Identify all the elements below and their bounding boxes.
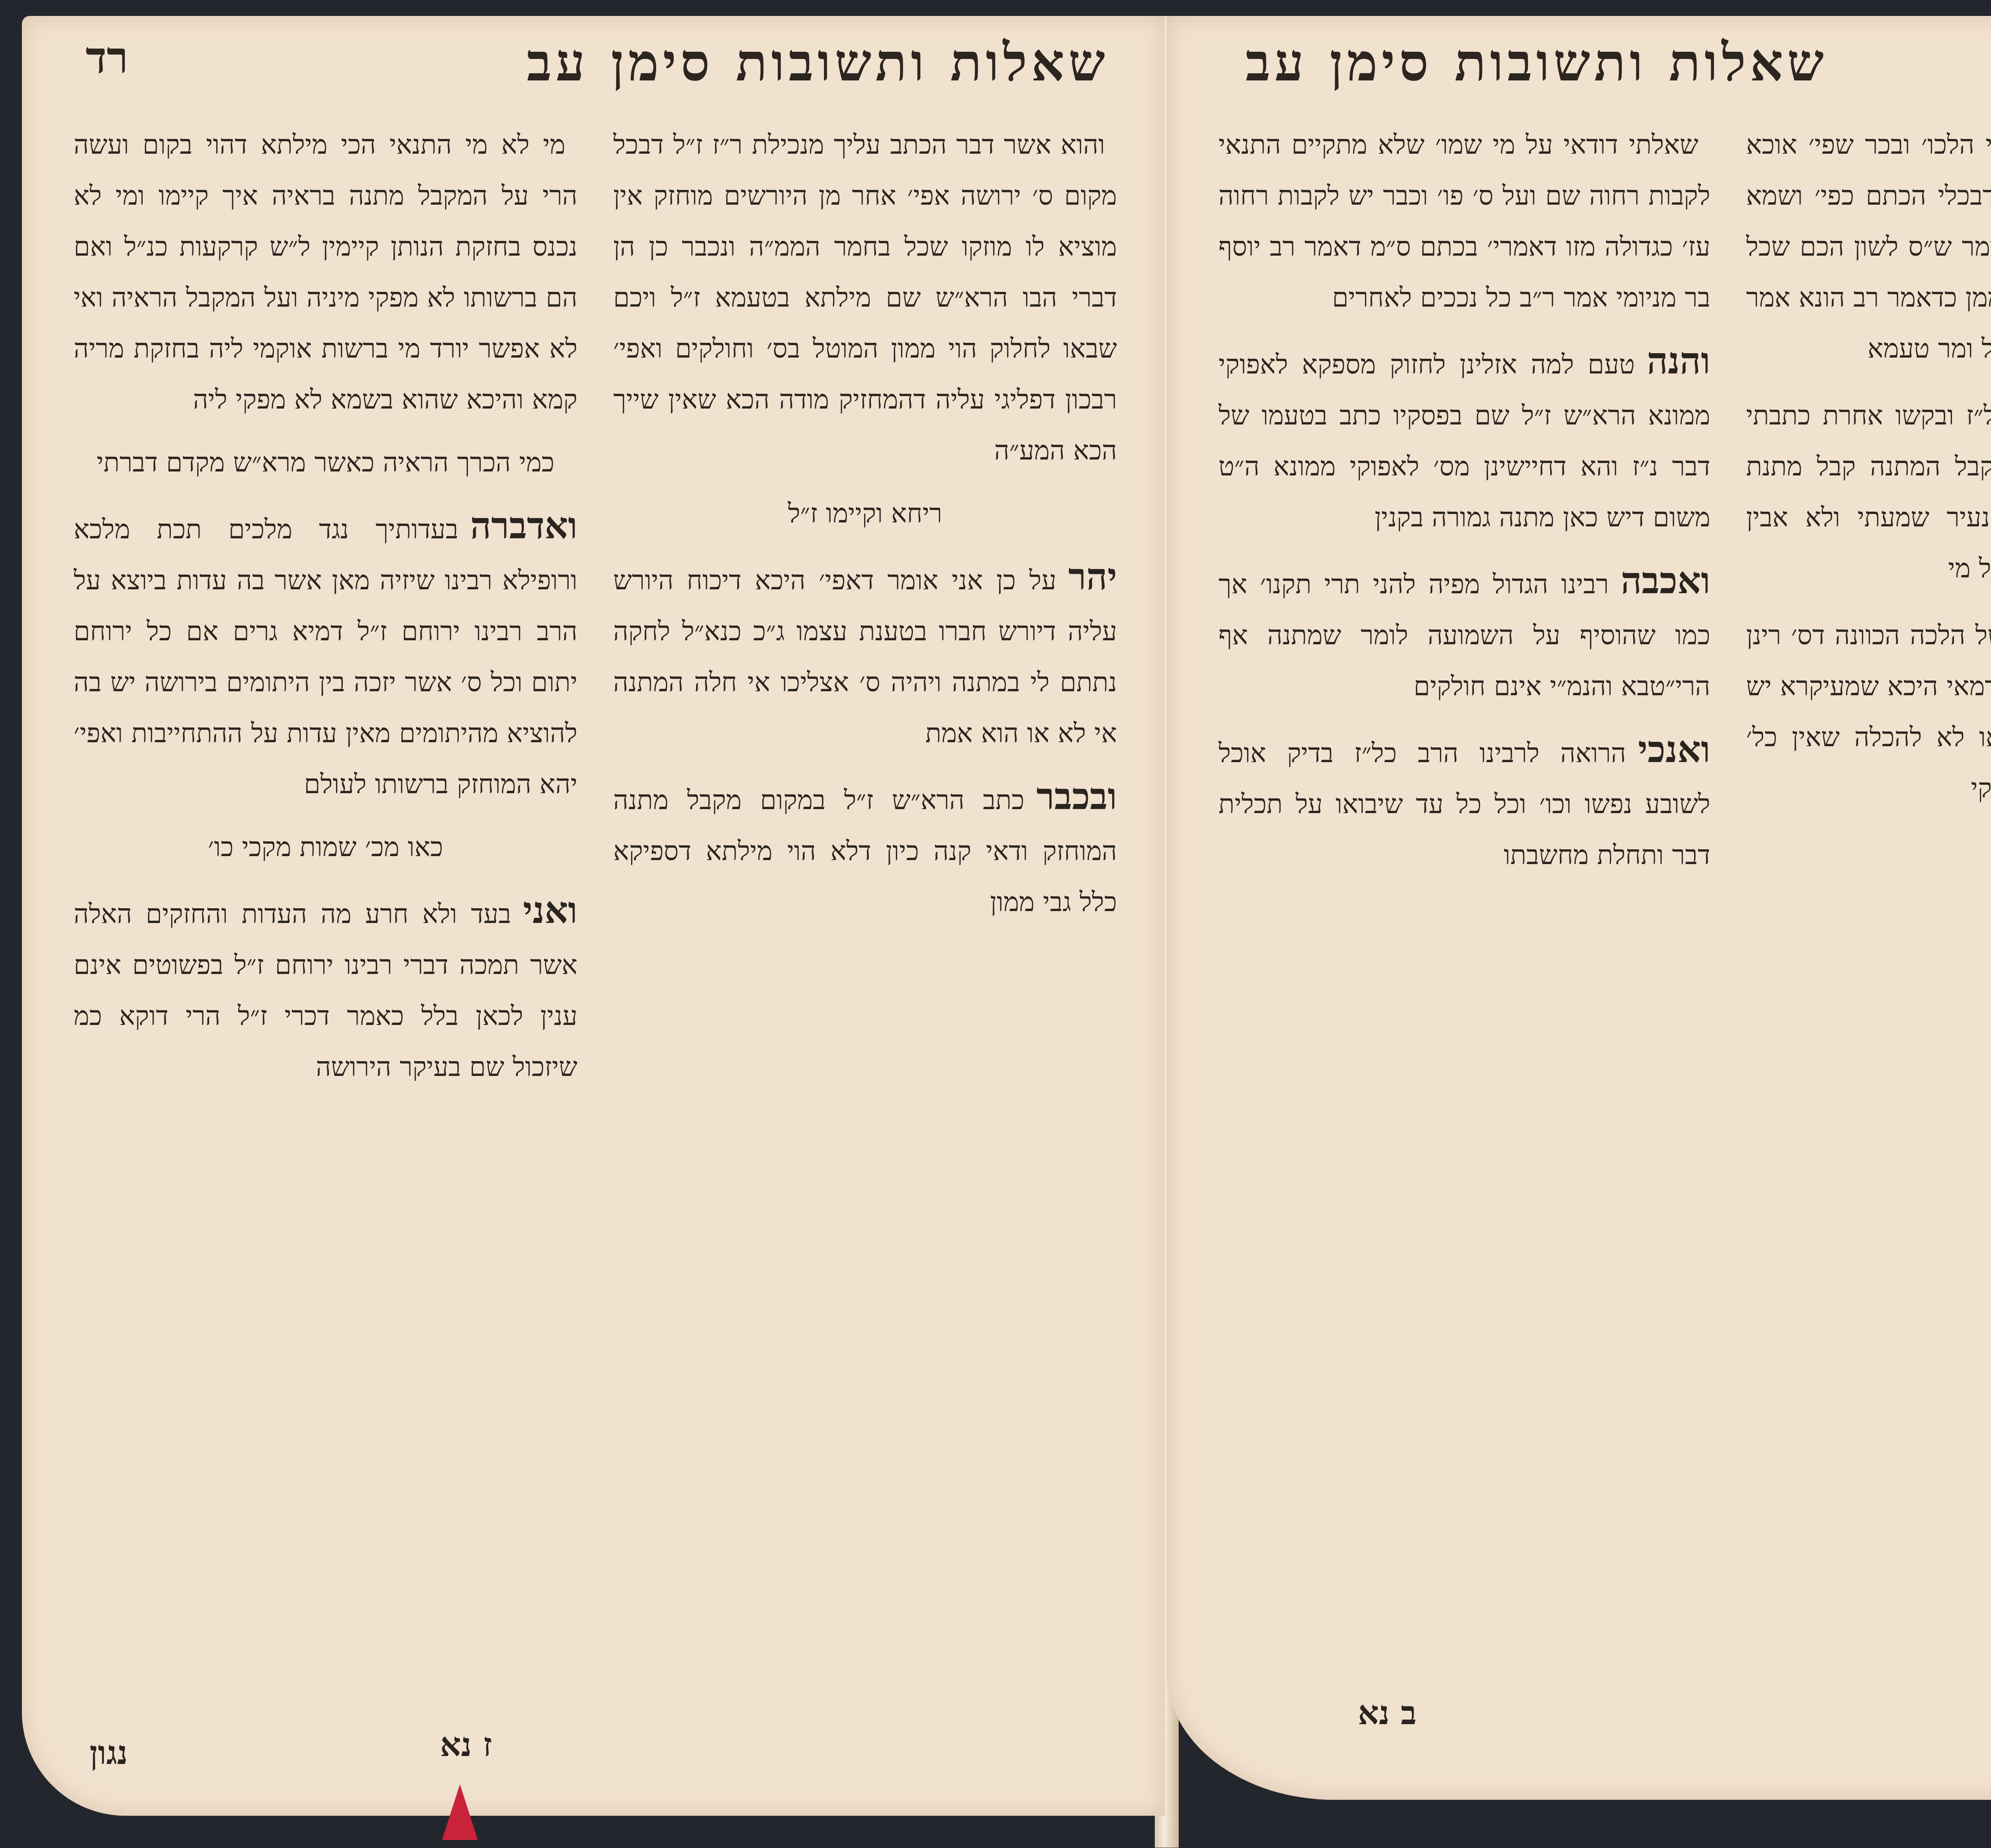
paragraph-lead: ואכבה [1621,559,1710,602]
catchword: נגון [90,1734,128,1772]
bookmark-ribbon-left [442,1784,478,1840]
paragraph-text: בעדותיך נגד מלכים תכת מלכא ורופילא רבינו… [74,514,577,800]
paragraph-text: לאפשוקי וכו׳ כן כן גופי הלכו׳ ובכר שפי׳ … [1746,129,1991,364]
paragraph: והנהטעם למה אזלינן לחזוק מספקא לאפוקי ממ… [1218,335,1710,543]
paragraph: כמי הכרך הראיה כאשר מרא״ש מקדם דברתי [74,437,577,488]
paragraph-text: שאלתי דודאי על מי שמו׳ שלא מתקיים התנאי … [1218,129,1710,313]
column-right: לאפשוקי וכו׳ כן כן גופי הלכו׳ ובכר שפי׳ … [1746,115,1991,1692]
paragraph: יהרעל כן אני אומר דאפי׳ היכא דיכוח היורש… [613,551,1117,759]
page-number: רד [86,32,128,84]
paragraph-text: כאו מכ׳ שמות מקכי כו׳ [208,832,443,862]
paragraph-text: כמי הכרך הראיה כאשר מרא״ש מקדם דברתי [97,447,555,478]
paragraph: ואכבהרבינו הגדול מפיה להני תרי תקנו׳ אך … [1218,555,1710,712]
paragraph: מי לא מי התנאי הכי מילתא דהוי בקום ועשה … [74,115,577,425]
paragraph: ולעניןיסוב כ׳ תקנו׳ של הלכה הכוונה דס׳ ר… [1746,606,1991,814]
running-header: שאלות ותשובות סימן עב [1246,32,1828,93]
paragraph: ובכברכתב הרא״ש ז״ל במקום מקבל מתנה המוחז… [613,771,1117,928]
paragraph-lead: יהר [1068,555,1117,598]
paragraph-text: בעד ולא חרע מה העדות והחזקים האלה אשר תמ… [74,899,577,1082]
text-columns: לאפשוקי וכו׳ כן כן גופי הלכו׳ ובכר שפי׳ … [1218,115,1991,1692]
text-columns: והוא אשר דבר הכתב עליך מנכילת ר״ז ז״ל דב… [74,115,1117,1708]
signature-mark: ב נא [1358,1694,1416,1732]
paragraph-text: טעם למה אזלינן לחזוק מספקא לאפוקי ממונא … [1218,349,1710,533]
paragraph-text: והוא אשר דבר הכתב עליך מנכילת ר״ז ז״ל דב… [613,129,1117,466]
running-header: שאלות ותשובות סימן עב [527,32,1109,93]
column-left: מי לא מי התנאי הכי מילתא דהוי בקום ועשה … [74,115,577,1708]
column-left: שאלתי דודאי על מי שמו׳ שלא מתקיים התנאי … [1218,115,1710,1692]
paragraph: ריחא וקיימו ז״ל [613,488,1117,539]
paragraph: ואניבעד ולא חרע מה העדות והחזקים האלה אש… [74,885,577,1093]
paragraph-text: הרואה לרבינו הרב כל״ז בדיק אוכל לשובע נפ… [1218,738,1710,870]
paragraph: כתבעוד רבינו הרב כל״ז ובקשו אחרת כתבתי ד… [1746,386,1991,594]
paragraph: לאפשוקי וכו׳ כן כן גופי הלכו׳ ובכר שפי׳ … [1746,115,1991,374]
left-page: רד שאלות ותשובות סימן עב והוא אשר דבר הכ… [22,16,1165,1816]
paragraph: כאו מכ׳ שמות מקכי כו׳ [74,822,577,873]
paragraph-lead: ואנכי [1638,728,1710,771]
paragraph: והוא אשר דבר הכתב עליך מנכילת ר״ז ז״ל דב… [613,115,1117,476]
paragraph: ואדברהבעדותיך נגד מלכים תכת מלכא ורופילא… [74,500,577,810]
paragraph-text: יסוב כ׳ תקנו׳ של הלכה הכוונה דס׳ רינן עם… [1746,620,1991,804]
right-page: שאלות ותשובות סימן עב לאפשוקי וכו׳ כן כן… [1167,16,1991,1800]
paragraph-text: מי לא מי התנאי הכי מילתא דהוי בקום ועשה … [74,129,577,415]
column-right: והוא אשר דבר הכתב עליך מנכילת ר״ז ז״ל דב… [613,115,1117,1708]
paragraph: שאלתי דודאי על מי שמו׳ שלא מתקיים התנאי … [1218,115,1710,323]
paragraph-lead: ואני [523,889,577,932]
paragraph-text: עוד רבינו הרב כל״ז ובקשו אחרת כתבתי דשאל… [1746,400,1991,584]
signature-mark: ז נא [440,1726,492,1764]
paragraph-lead: ואדברה [470,504,577,547]
paragraph-text: ריחא וקיימו ז״ל [788,498,943,529]
paragraph: ואנכיהרואה לרבינו הרב כל״ז בדיק אוכל לשו… [1218,724,1710,881]
paragraph-lead: ובכבר [1037,775,1117,818]
paragraph-lead: והנה [1647,339,1710,382]
paragraph-text: על כן אני אומר דאפי׳ היכא דיכוח היורש על… [613,565,1117,749]
